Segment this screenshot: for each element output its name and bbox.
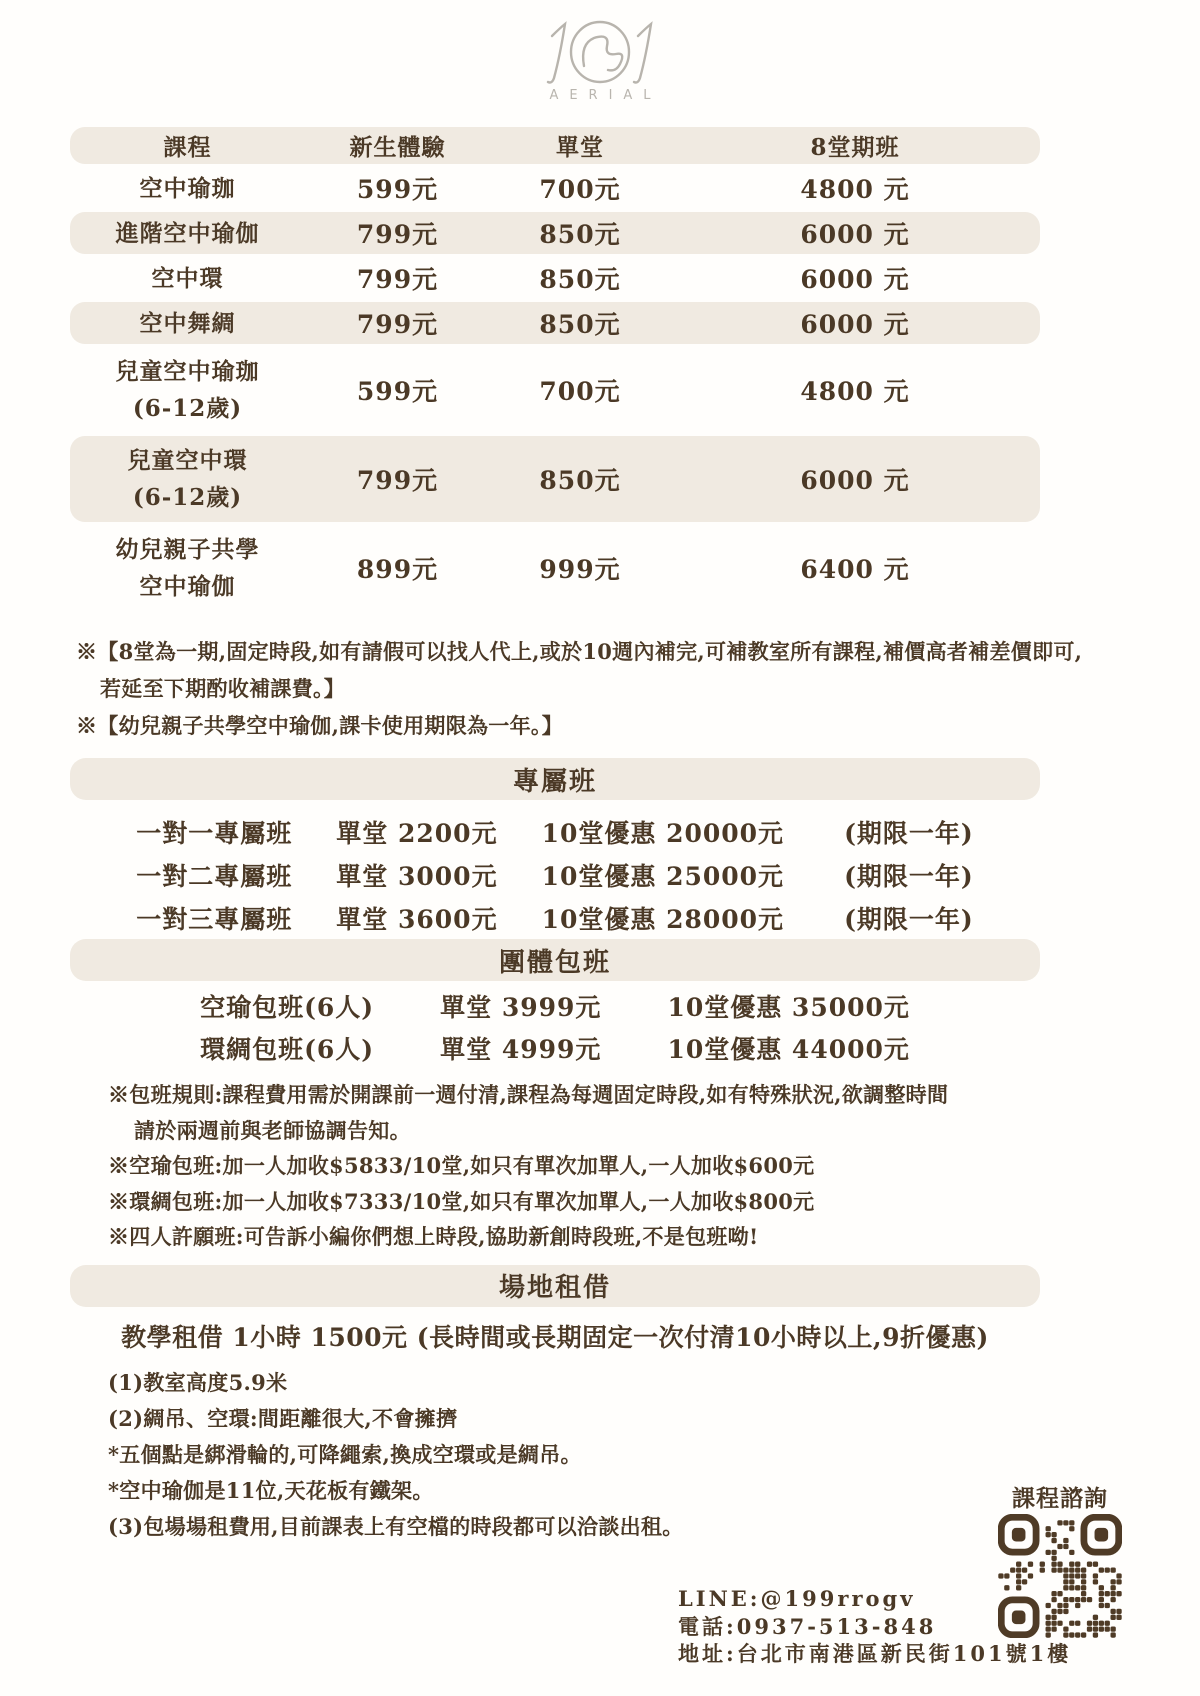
note-line: ※空瑜包班:加一人加收$5833/10堂,如只有單次加單人,一人加收$600元	[108, 1148, 1160, 1184]
single-price: 850元	[490, 215, 670, 251]
trial-price: 899元	[305, 550, 490, 586]
class-name: 一對三專屬班	[136, 900, 292, 936]
ten-class-deal: 10堂優惠 35000元	[667, 988, 909, 1024]
trial-price: 799元	[305, 461, 490, 497]
ten-class-deal: 10堂優惠 28000元	[542, 900, 784, 936]
logo: AERIAL	[0, 0, 1200, 103]
group-notes: ※包班規則:課程費用需於開課前一週付清,課程為每週固定時段,如有特殊狀況,欲調整…	[108, 1077, 1160, 1255]
trial-price: 599元	[305, 170, 490, 206]
table-row: 空中瑜珈599元700元4800 元	[70, 167, 1040, 209]
contact-address: 地址:台北市南港區新民街101號1樓	[678, 1640, 1071, 1668]
single-price: 單堂 2200元	[336, 814, 497, 850]
note-line: ※環綢包班:加一人加收$7333/10堂,如只有單次加單人,一人加收$800元	[108, 1184, 1160, 1220]
ten-class-deal: 10堂優惠 20000元	[542, 814, 784, 850]
term-price: 6000 元	[670, 260, 1040, 296]
class-name: 環綢包班(6人)	[200, 1030, 374, 1066]
note-line: ※包班規則:課程費用需於開課前一週付清,課程為每週固定時段,如有特殊狀況,欲調整…	[108, 1077, 1160, 1113]
table-row: 進階空中瑜伽799元850元6000 元	[70, 212, 1040, 254]
class-name: 一對一專屬班	[136, 814, 292, 850]
validity-limit: (期限一年)	[844, 814, 974, 850]
contact-phone: 電話:0937-513-848	[678, 1613, 1071, 1641]
note-line: ※【8堂為一期,固定時段,如有請假可以找人代上,或於10週內補完,可補教室所有課…	[76, 633, 1160, 670]
exclusive-rows: 一對一專屬班單堂 2200元10堂優惠 20000元(期限一年)一對二專屬班單堂…	[70, 810, 1040, 939]
note-line: ※四人許願班:可告訴小編你們想上時段,協助新創時段班,不是包班呦!	[108, 1219, 1160, 1255]
note-line: 若延至下期酌收補課費。】	[76, 670, 1160, 707]
note-line: ※【幼兒親子共學空中瑜伽,課卡使用期限為一年。】	[76, 707, 1160, 744]
validity-limit: (期限一年)	[844, 857, 974, 893]
col-header-single: 單堂	[490, 129, 670, 162]
table-row: 空中環799元850元6000 元	[70, 257, 1040, 299]
price-table-body: 空中瑜珈599元700元4800 元進階空中瑜伽799元850元6000 元空中…	[70, 167, 1040, 611]
venue-line: (2)綢吊、空環:間距離很大,不會擁擠	[108, 1401, 1160, 1437]
course-name: 幼兒親子共學空中瑜伽	[70, 531, 305, 605]
single-price: 700元	[490, 170, 670, 206]
col-header-term: 8堂期班	[670, 129, 1040, 162]
contact-line-id: LINE:@199rrogv	[678, 1585, 1071, 1613]
single-price: 單堂 3000元	[336, 857, 497, 893]
class-name: 空瑜包班(6人)	[200, 988, 374, 1024]
course-name: 兒童空中環(6-12歲)	[70, 442, 305, 516]
notes-top: ※【8堂為一期,固定時段,如有請假可以找人代上,或於10週內補完,可補教室所有課…	[76, 633, 1160, 744]
term-price: 6000 元	[670, 305, 1040, 341]
flyer-page: AERIAL 課程 新生體驗 單堂 8堂期班 空中瑜珈599元700元4800 …	[0, 0, 1200, 1696]
term-price: 4800 元	[670, 372, 1040, 408]
section-banner-venue: 場地租借	[70, 1265, 1040, 1307]
exclusive-row: 一對一專屬班單堂 2200元10堂優惠 20000元(期限一年)	[70, 810, 1040, 853]
logo-101-icon	[480, 16, 720, 88]
trial-price: 799元	[305, 305, 490, 341]
trial-price: 599元	[305, 372, 490, 408]
single-price: 850元	[490, 260, 670, 296]
validity-limit: (期限一年)	[844, 900, 974, 936]
course-name: 空中環	[70, 260, 305, 297]
class-name: 一對二專屬班	[136, 857, 292, 893]
exclusive-row: 一對三專屬班單堂 3600元10堂優惠 28000元(期限一年)	[70, 896, 1040, 939]
table-row: 空中舞綢799元850元6000 元	[70, 302, 1040, 344]
course-name: 空中舞綢	[70, 305, 305, 342]
single-price: 700元	[490, 372, 670, 408]
course-name: 兒童空中瑜珈(6-12歲)	[70, 353, 305, 427]
single-price: 850元	[490, 305, 670, 341]
table-row: 兒童空中環(6-12歲)799元850元6000 元	[70, 436, 1040, 522]
single-price: 850元	[490, 461, 670, 497]
ten-class-deal: 10堂優惠 25000元	[542, 857, 784, 893]
course-name: 空中瑜珈	[70, 170, 305, 207]
col-header-trial: 新生體驗	[305, 129, 490, 162]
section-title-exclusive: 專屬班	[513, 761, 597, 798]
single-price: 單堂 3600元	[336, 900, 497, 936]
course-name: 進階空中瑜伽	[70, 215, 305, 252]
section-title-group: 團體包班	[499, 942, 611, 979]
note-line: 請於兩週前與老師協調告知。	[108, 1113, 1160, 1149]
venue-line: (1)教室高度5.9米	[108, 1365, 1160, 1401]
table-row: 兒童空中瑜珈(6-12歲)599元700元4800 元	[70, 347, 1040, 433]
group-row: 環綢包班(6人)單堂 4999元10堂優惠 44000元	[70, 1027, 1040, 1069]
price-table: 課程 新生體驗 單堂 8堂期班 空中瑜珈599元700元4800 元進階空中瑜伽…	[70, 127, 1040, 611]
col-header-course: 課程	[70, 129, 305, 162]
price-table-header-row: 課程 新生體驗 單堂 8堂期班	[70, 127, 1040, 164]
venue-headline: 教學租借 1小時 1500元 (長時間或長期固定一次付清10小時以上,9折優惠)	[70, 1321, 1040, 1355]
exclusive-row: 一對二專屬班單堂 3000元10堂優惠 25000元(期限一年)	[70, 853, 1040, 896]
trial-price: 799元	[305, 215, 490, 251]
term-price: 6000 元	[670, 215, 1040, 251]
logo-aerial-text: AERIAL	[0, 88, 1200, 103]
term-price: 6400 元	[670, 550, 1040, 586]
single-price: 單堂 4999元	[440, 1030, 601, 1066]
group-row: 空瑜包班(6人)單堂 3999元10堂優惠 35000元	[70, 985, 1040, 1027]
term-price: 4800 元	[670, 170, 1040, 206]
venue-line: *五個點是綁滑輪的,可降繩索,換成空環或是綢吊。	[108, 1437, 1160, 1473]
section-title-venue: 場地租借	[499, 1267, 611, 1304]
section-banner-exclusive: 專屬班	[70, 758, 1040, 800]
qr-label: 課程諮詢	[988, 1480, 1132, 1513]
section-banner-group: 團體包班	[70, 939, 1040, 981]
trial-price: 799元	[305, 260, 490, 296]
table-row: 幼兒親子共學空中瑜伽899元999元6400 元	[70, 525, 1040, 611]
ten-class-deal: 10堂優惠 44000元	[667, 1030, 909, 1066]
contact-block: LINE:@199rrogv 電話:0937-513-848 地址:台北市南港區…	[678, 1585, 1071, 1668]
group-rows: 空瑜包班(6人)單堂 3999元10堂優惠 35000元環綢包班(6人)單堂 4…	[70, 985, 1040, 1069]
single-price: 單堂 3999元	[440, 988, 601, 1024]
term-price: 6000 元	[670, 461, 1040, 497]
single-price: 999元	[490, 550, 670, 586]
